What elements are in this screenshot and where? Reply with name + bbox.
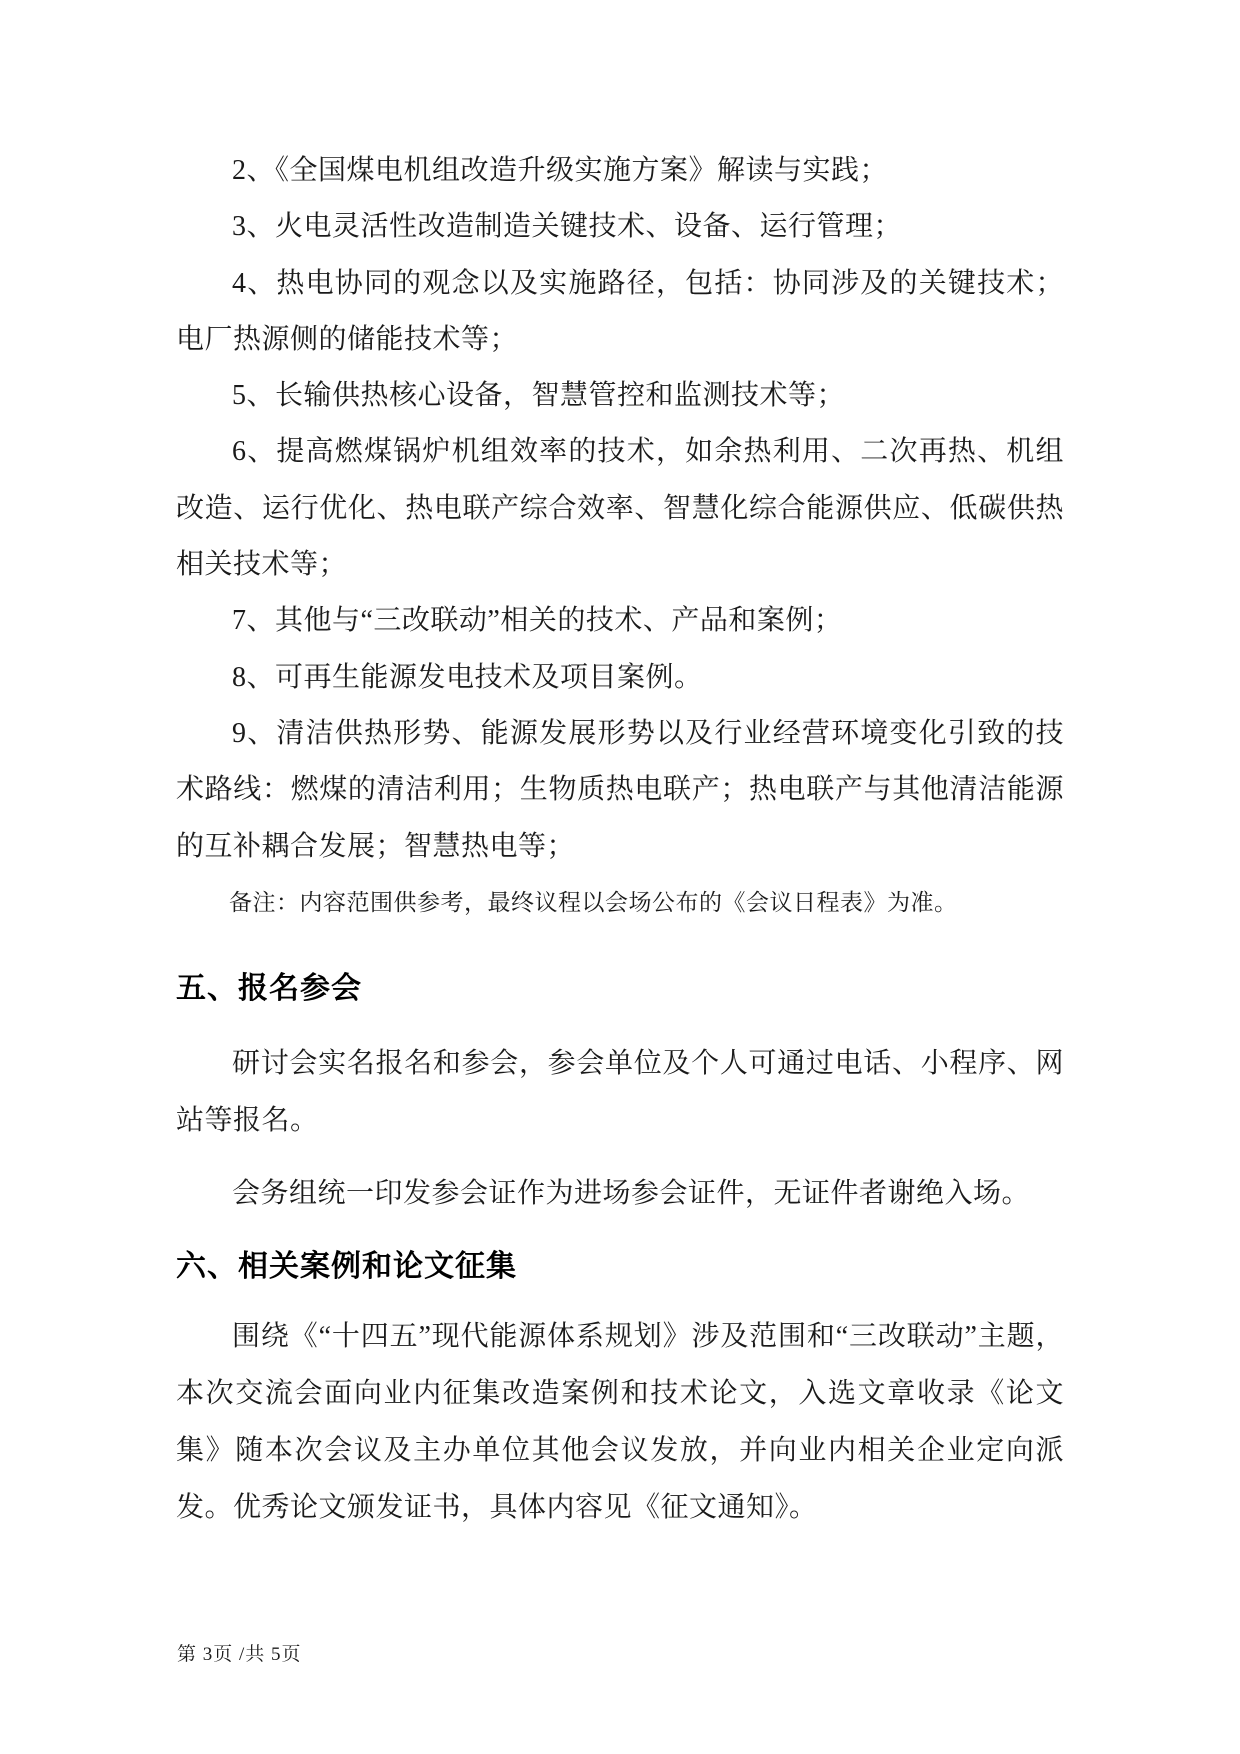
agenda-item-4: 4、热电协同的观念以及实施路径，包括：协同涉及的关键技术；电厂热源侧的储能技术等… [176,256,1064,369]
agenda-item-9: 9、清洁供热形势、能源发展形势以及行业经营环境变化引致的技术路线：燃煤的清洁利用… [176,706,1064,875]
section-heading-paper-collection: 六、相关案例和论文征集 [176,1247,1064,1287]
document-content: 2、《全国煤电机组改造升级实施方案》解读与实践； 3、火电灵活性改造制造关键技术… [176,143,1064,1536]
registration-paragraph-1: 研讨会实名报名和参会，参会单位及个人可通过电话、小程序、网站等报名。 [176,1035,1064,1149]
registration-paragraph-2: 会务组统一印发参会证作为进场参会证件，无证件者谢绝入场。 [176,1165,1064,1222]
agenda-item-7: 7、其他与“三改联动”相关的技术、产品和案例； [176,593,1064,649]
page-number-label: 第 3页 /共 5页 [177,1643,302,1667]
document-page: 2、《全国煤电机组改造升级实施方案》解读与实践； 3、火电灵活性改造制造关键技术… [0,0,1240,1754]
agenda-note: 备注：内容范围供参考，最终议程以会场公布的《会议日程表》为准。 [176,885,1064,921]
section-heading-registration: 五、报名参会 [176,969,1064,1009]
agenda-item-3: 3、火电灵活性改造制造关键技术、设备、运行管理； [176,199,1064,255]
agenda-item-2: 2、《全国煤电机组改造升级实施方案》解读与实践； [176,143,1064,199]
agenda-item-5: 5、长输供热核心设备，智慧管控和监测技术等； [176,368,1064,424]
paper-collection-paragraph: 围绕《“十四五”现代能源体系规划》涉及范围和“三改联动”主题，本次交流会面向业内… [176,1308,1064,1536]
agenda-item-8: 8、可再生能源发电技术及项目案例。 [176,650,1064,706]
agenda-item-6: 6、提高燃煤锅炉机组效率的技术，如余热利用、二次再热、机组改造、运行优化、热电联… [176,424,1064,593]
